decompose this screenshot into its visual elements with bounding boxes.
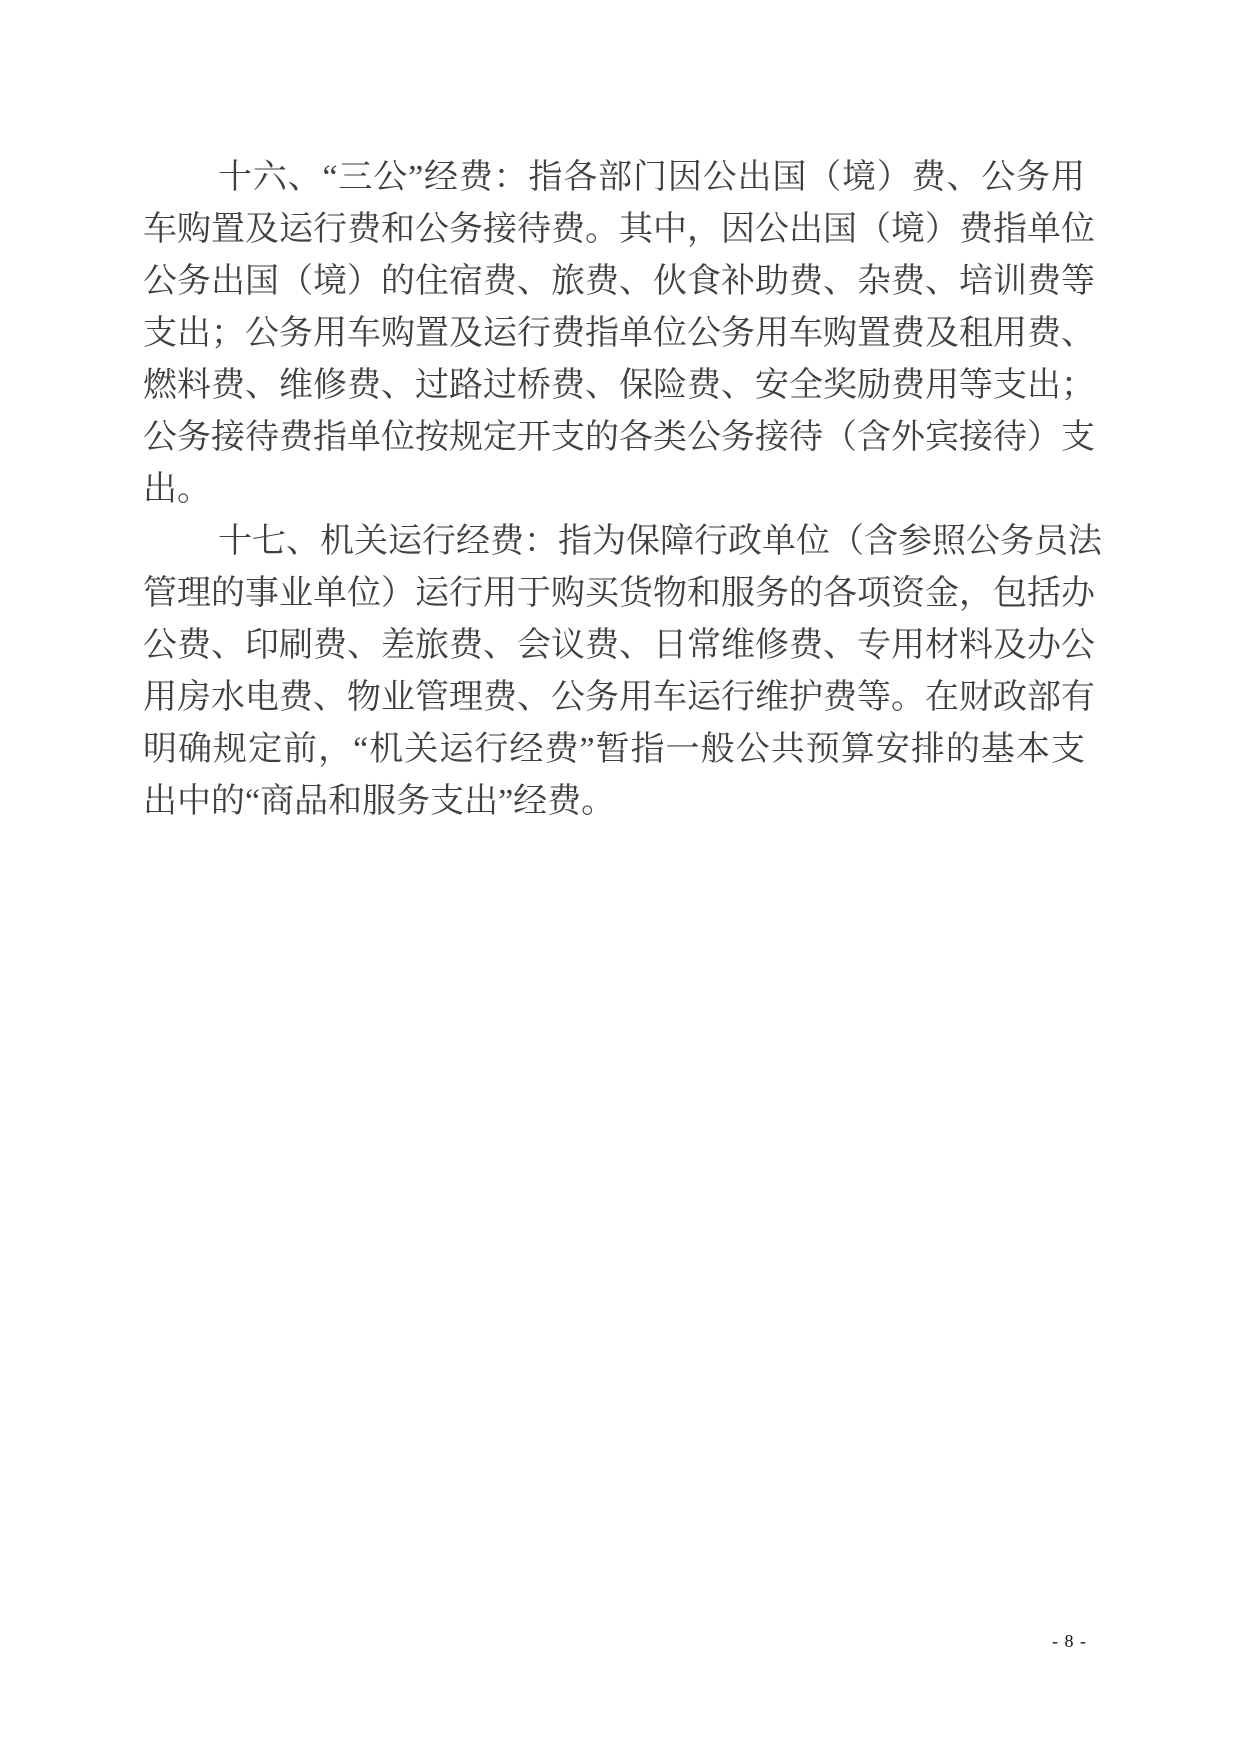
text-line: 燃料费、维修费、过路过桥费、保险费、安全奖励费用等支出； xyxy=(143,360,1085,412)
text-line: 公费、印刷费、差旅费、会议费、日常维修费、专用材料及办公 xyxy=(143,620,1085,672)
text-line: 支出；公务用车购置及运行费指单位公务用车购置费及租用费、 xyxy=(143,308,1085,360)
text-line: 用房水电费、物业管理费、公务用车运行维护费等。在财政部有 xyxy=(143,672,1085,724)
text-line: 十六、“三公”经费：指各部门因公出国（境）费、公务用 xyxy=(143,152,1085,204)
text-line: 车购置及运行费和公务接待费。其中，因公出国（境）费指单位 xyxy=(143,204,1085,256)
text-line: 出。 xyxy=(143,464,1085,516)
document-body: 十六、“三公”经费：指各部门因公出国（境）费、公务用车购置及运行费和公务接待费。… xyxy=(143,152,1085,828)
text-line: 出中的“商品和服务支出”经费。 xyxy=(143,776,1085,828)
text-line: 管理的事业单位）运行用于购买货物和服务的各项资金，包括办 xyxy=(143,568,1085,620)
text-line: 公务出国（境）的住宿费、旅费、伙食补助费、杂费、培训费等 xyxy=(143,256,1085,308)
page-number: - 8 - xyxy=(1052,1629,1087,1653)
text-line: 十七、机关运行经费：指为保障行政单位（含参照公务员法 xyxy=(143,516,1085,568)
document-page: 十六、“三公”经费：指各部门因公出国（境）费、公务用车购置及运行费和公务接待费。… xyxy=(0,0,1240,1754)
text-line: 公务接待费指单位按规定开支的各类公务接待（含外宾接待）支 xyxy=(143,412,1085,464)
text-line: 明确规定前，“机关运行经费”暂指一般公共预算安排的基本支 xyxy=(143,724,1085,776)
